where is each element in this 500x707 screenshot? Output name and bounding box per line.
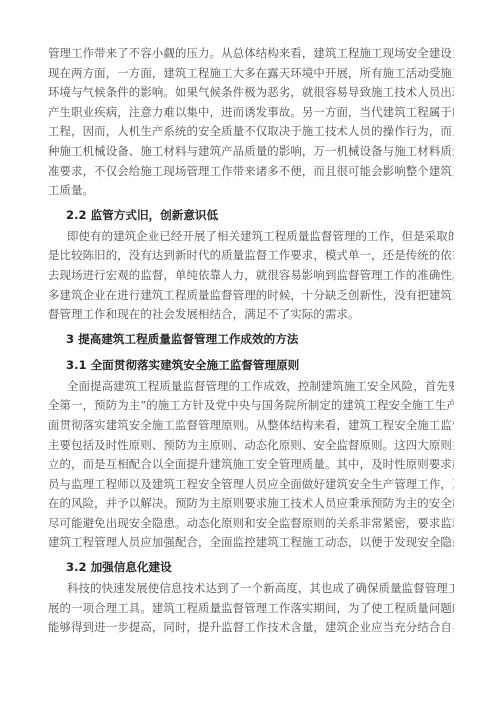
text-line: 产生职业疾病，注意力难以集中，进而诱发事故。另一方面，当代建筑工程属于庞大的人机 <box>48 103 454 123</box>
text-line: 环境与气候条件的影响。如果气候条件极为恶劣，就很容易导致施工技术人员出现心理疲劳… <box>48 83 454 103</box>
section-heading-3-1: 3.1 全面贯彻落实建筑安全施工监督管理原则 <box>48 353 454 377</box>
paragraph-informatization: 科技的快速发展使信息技术达到了一个新高度，其也成了确保质量监督管理工作顺利开 展… <box>48 579 454 638</box>
text-line: 种施工机械设备、施工材料与建筑产品质量的影响，万一机械设备与施工材料质量不符合标 <box>48 142 454 162</box>
section-heading-3-2: 3.2 加强信息化建设 <box>48 555 454 579</box>
text-line: 工程，因而，人机生产系统的安全质量不仅取决于施工技术人员的操作行为，而且会受到各 <box>48 122 454 142</box>
text-line: 立的，而是互相配合以全面提升建筑施工安全管理质量。其中，及时性原则要求施工技术人 <box>48 455 454 475</box>
text-line: 去现场进行宏观的监督，单纯依靠人力，就很容易影响到监督管理工作的准确性。以及，许 <box>48 266 454 286</box>
text-line: 管理工作带来了不容小觑的压力。从总体结构来看，建筑工程施工现场安全建设主要特征体 <box>48 44 454 64</box>
paragraph-supervision-methods: 即使有的建筑企业已经开展了相关建筑工程质量监督管理的工作，但是采取的监管方式 是… <box>48 227 454 325</box>
text-line: 全第一，预防为主”的施工方针及党中央与国务院所制定的建筑工程安全施工生产政策，全 <box>48 396 454 416</box>
text-line: 建筑工程管理人员应加强配合，全面监控建筑工程施工动态，以便于发现安全隐患。 <box>48 533 454 553</box>
text-line: 督管理工作和现在的社会发展相结合，满足不了实际的需求。 <box>48 305 454 325</box>
text-line: 准要求，不仅会给施工现场管理工作带来诸多不便，而且很可能会影响整个建筑工程项目施 <box>48 162 454 182</box>
text-line: 在的风险，并予以解决。预防为主原则要求施工技术人员应秉承预防为主的安全施工方针， <box>48 494 454 514</box>
text-line: 工质量。 <box>48 181 454 201</box>
text-line: 即使有的建筑企业已经开展了相关建筑工程质量监督管理的工作，但是采取的监管方式 <box>48 227 454 247</box>
text-line: 主要包括及时性原则、预防为主原则、动态化原则、安全监督原则。这四大原则并非完全独 <box>48 436 454 456</box>
section-heading-3: 3 提高建筑工程质量监督管理工作成效的方法 <box>48 327 454 351</box>
text-line: 多建筑企业在进行建筑工程质量监督管理的时候，十分缺乏创新性，没有把建筑工程质量监 <box>48 286 454 306</box>
text-line: 能够得到进一步提高，同时，提升监督工作技术含量，建筑企业应当充分结合自身发展的实 <box>48 618 454 638</box>
text-line: 面贯彻落实建筑安全施工监督管理原则。从整体结构来看，建筑工程安全施工监督管理原则 <box>48 416 454 436</box>
text-line: 科技的快速发展使信息技术达到了一个新高度，其也成了确保质量监督管理工作顺利开 <box>48 579 454 599</box>
section-heading-2-2: 2.2 监管方式旧，创新意识低 <box>48 203 454 227</box>
text-line: 全面提高建筑工程质量监督管理的工作成效，控制建筑施工安全风险，首先要恪守“安 <box>48 377 454 397</box>
document-page: 管理工作带来了不容小觑的压力。从总体结构来看，建筑工程施工现场安全建设主要特征体… <box>48 44 454 638</box>
paragraph-continued: 管理工作带来了不容小觑的压力。从总体结构来看，建筑工程施工现场安全建设主要特征体… <box>48 44 454 201</box>
text-line: 现在两方面，一方面，建筑工程施工大多在露天环境中开展，所有施工活动受施工现场地理 <box>48 64 454 84</box>
text-line: 是比较陈旧的，没有达到新时代的质量监督工作要求，模式单一，还是传统的依靠监管人员 <box>48 246 454 266</box>
text-line: 尽可能避免出现安全隐患。动态化原则和安全监督原则的关系非常紧密，要求监理工程师与 <box>48 514 454 534</box>
text-line: 展的一项合理工具。建筑工程质量监督管理工作落实期间，为了使工程质量问题的处理效率 <box>48 599 454 619</box>
text-line: 员与监理工程师以及建筑工程安全管理人员应全面做好建筑安全生产管理工作，及时发现潜 <box>48 475 454 495</box>
paragraph-safety-principles: 全面提高建筑工程质量监督管理的工作成效，控制建筑施工安全风险，首先要恪守“安 全… <box>48 377 454 553</box>
